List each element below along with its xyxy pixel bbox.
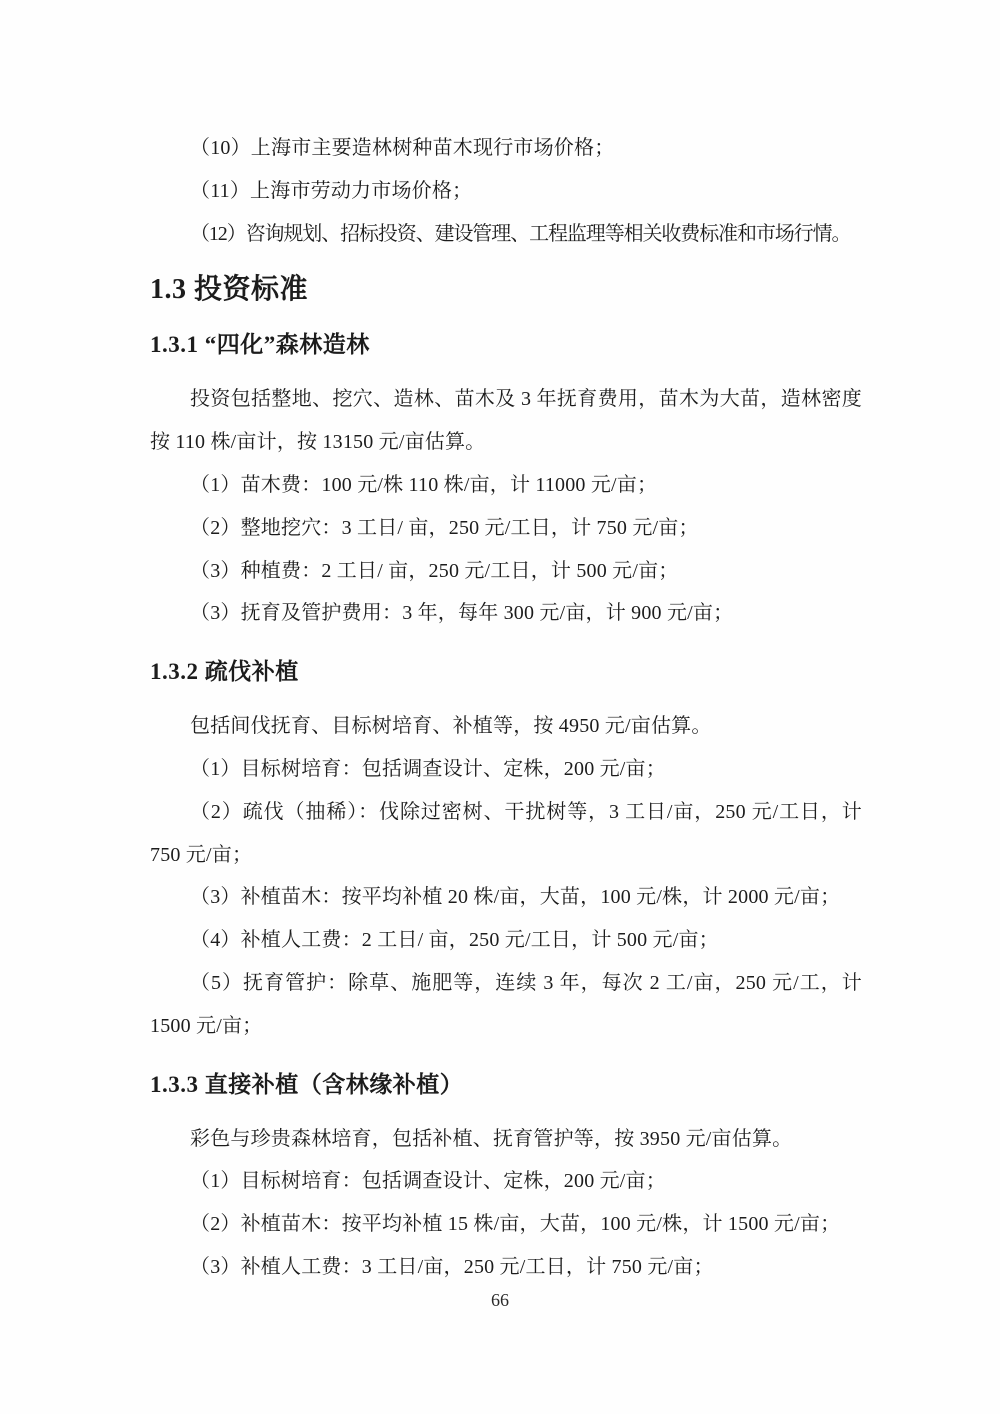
para-direct-intro: 彩色与珍贵森林培育，包括补植、抚育管护等，按 3950 元/亩估算。 xyxy=(150,1118,862,1161)
item-replant-labor-2: （3）补植人工费：3 工日/亩，250 元/工日，计 750 元/亩； xyxy=(150,1246,862,1289)
para-thinning-intro: 包括间伐抚育、目标树培育、补植等，按 4950 元/亩估算。 xyxy=(150,705,862,748)
list-item-11: （11）上海市劳动力市场价格； xyxy=(150,170,862,213)
item-target-tree-cultivation-2: （1）目标树培育：包括调查设计、定株，200 元/亩； xyxy=(150,1160,862,1203)
heading-direct-replanting: 1.3.3 直接补植（含林缘补植） xyxy=(150,1069,862,1100)
item-site-preparation: （2）整地挖穴：3 工日/ 亩，250 元/工日，计 750 元/亩； xyxy=(150,507,862,550)
item-seedling-fee: （1）苗木费：100 元/株 110 株/亩，计 11000 元/亩； xyxy=(150,464,862,507)
heading-investment-standard: 1.3 投资标准 xyxy=(150,272,862,308)
list-item-12: （12）咨询规划、招标投资、建设管理、工程监理等相关收费标准和市场行情。 xyxy=(150,213,862,256)
item-replant-seedling-2: （2）补植苗木：按平均补植 15 株/亩，大苗，100 元/株，计 1500 元… xyxy=(150,1203,862,1246)
item-target-tree-cultivation: （1）目标树培育：包括调查设计、定株，200 元/亩； xyxy=(150,748,862,791)
item-planting-fee: （3）种植费：2 工日/ 亩，250 元/工日，计 500 元/亩； xyxy=(150,550,862,593)
heading-thinning-replanting: 1.3.2 疏伐补植 xyxy=(150,656,862,687)
document-page: （10）上海市主要造林树种苗木现行市场价格； （11）上海市劳动力市场价格； （… xyxy=(0,0,1000,1414)
page-number: 66 xyxy=(0,1288,1000,1312)
item-tending-management-fee: （3）抚育及管护费用：3 年，每年 300 元/亩，计 900 元/亩； xyxy=(150,592,862,635)
document-content: （10）上海市主要造林树种苗木现行市场价格； （11）上海市劳动力市场价格； （… xyxy=(150,0,862,1289)
list-item-10: （10）上海市主要造林树种苗木现行市场价格； xyxy=(150,127,862,170)
para-sihua-intro: 投资包括整地、挖穴、造林、苗木及 3 年抚育费用，苗木为大苗，造林密度按 110… xyxy=(150,378,862,464)
item-replant-labor: （4）补植人工费：2 工日/ 亩，250 元/工日，计 500 元/亩； xyxy=(150,919,862,962)
item-thinning: （2）疏伐（抽稀）：伐除过密树、干扰树等，3 工日/亩，250 元/工日，计 7… xyxy=(150,791,862,877)
heading-sihua-afforestation: 1.3.1 “四化”森林造林 xyxy=(150,329,862,360)
item-replant-seedling: （3）补植苗木：按平均补植 20 株/亩，大苗，100 元/株，计 2000 元… xyxy=(150,876,862,919)
item-tending-care: （5）抚育管护：除草、施肥等，连续 3 年，每次 2 工/亩，250 元/工，计… xyxy=(150,962,862,1048)
